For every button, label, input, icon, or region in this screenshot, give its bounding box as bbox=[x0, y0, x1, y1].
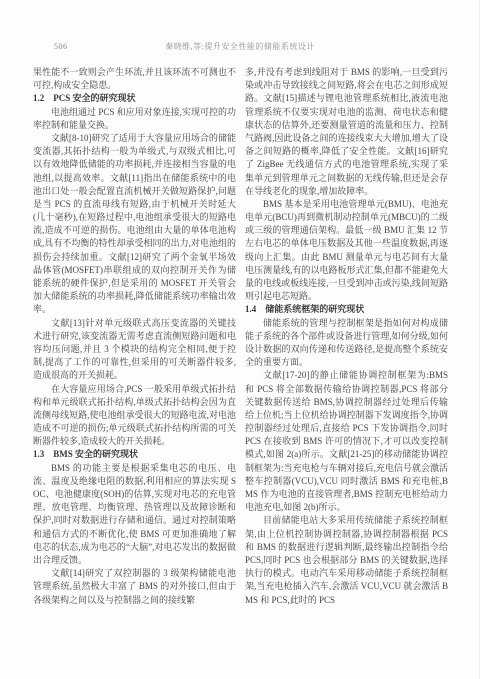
paragraph: 电池组通过 PCS 和应用对象连接,实现可控的功率控制和能量交换。 bbox=[33, 106, 236, 132]
paragraph: 储能系统的管理与控制框架是指如何对构成储能子系统的各个部件或设备进行管理,如何分… bbox=[245, 317, 448, 370]
paragraph: BMS 的功能主要是根据采集电芯的电压、电流、温度及绝缘电阻的数据,利用相应的算… bbox=[33, 462, 236, 568]
paragraph: 多,并没有考虑到线阻对于 BMS 的影响,一旦受到污染或冲击导致接线之间短路,将… bbox=[245, 66, 448, 198]
page-header: 506 秦晓维,等:提升安全性能的储能系统设计 bbox=[33, 41, 447, 53]
right-column: 多,并没有考虑到线阻对于 BMS 的影响,一旦受到污染或冲击导致接线之间短路,将… bbox=[245, 66, 448, 607]
paragraph: BMS 基本是采用电池管理单元(BMU)、电池充电单元(BCU)再到微机制动控制… bbox=[245, 198, 448, 304]
paragraph: 在大容量应用场合,PCS 一般采用单级式拓扑结构和单元级联式拓扑结构,单级式拓扑… bbox=[33, 383, 236, 449]
left-column: 果性能不一致则会产生环流,并且该环流不可测也不可控,构成安全隐患。1.2 PCS… bbox=[33, 66, 236, 607]
paragraph: 文献[8-10]研究了适用于大容量应用场合的储能变流器,其拓扑结构一般为单级式,… bbox=[33, 132, 236, 317]
paragraph: 果性能不一致则会产生环流,并且该环流不可测也不可控,构成安全隐患。 bbox=[33, 66, 236, 92]
body-columns: 果性能不一致则会产生环流,并且该环流不可测也不可控,构成安全隐患。1.2 PCS… bbox=[33, 66, 448, 607]
section-heading: 1.2 PCS 安全的研究现状 bbox=[33, 92, 236, 105]
paragraph: 文献[17-20]的静止储能协调控制框架为:BMS 和 PCS 将全部数据传输给… bbox=[245, 369, 448, 514]
section-heading: 1.4 储能系统框架的研究现状 bbox=[245, 303, 448, 316]
running-title: 秦晓维,等:提升安全性能的储能系统设计 bbox=[33, 41, 447, 53]
document-page: 506 秦晓维,等:提升安全性能的储能系统设计 果性能不一致则会产生环流,并且该… bbox=[0, 0, 480, 679]
section-heading: 1.3 BMS 安全的研究现状 bbox=[33, 448, 236, 461]
paragraph: 文献[14]研究了双控制器的 3 级架构储能电池管理系统,虽然极大丰富了 BMS… bbox=[33, 567, 236, 607]
paragraph: 文献[13]针对单元级联式高压变流器的关键技术进行研究,该变流器无需考虑直流侧短… bbox=[33, 317, 236, 383]
paragraph: 目前储能电站大多采用传统储能子系统控制框架,由上位机控制协调控制器,协调控制器根… bbox=[245, 514, 448, 606]
